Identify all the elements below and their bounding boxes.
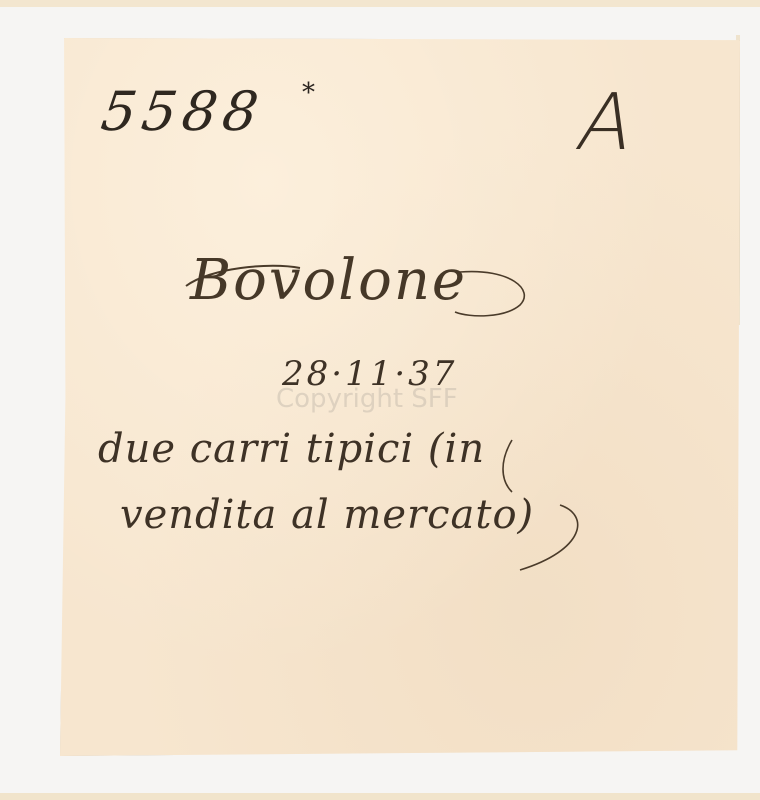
mount-top-edge bbox=[0, 0, 760, 7]
copyright-watermark: Copyright SFF bbox=[276, 384, 458, 414]
catalog-number: 5588 bbox=[98, 80, 268, 143]
mount-bottom-edge bbox=[0, 793, 760, 800]
place-name: Bovolone bbox=[190, 248, 467, 313]
description-line-1: due carri tipici (in bbox=[98, 426, 485, 472]
catalog-asterisk: * bbox=[302, 78, 315, 108]
description-line-2: vendita al mercato) bbox=[120, 492, 534, 538]
